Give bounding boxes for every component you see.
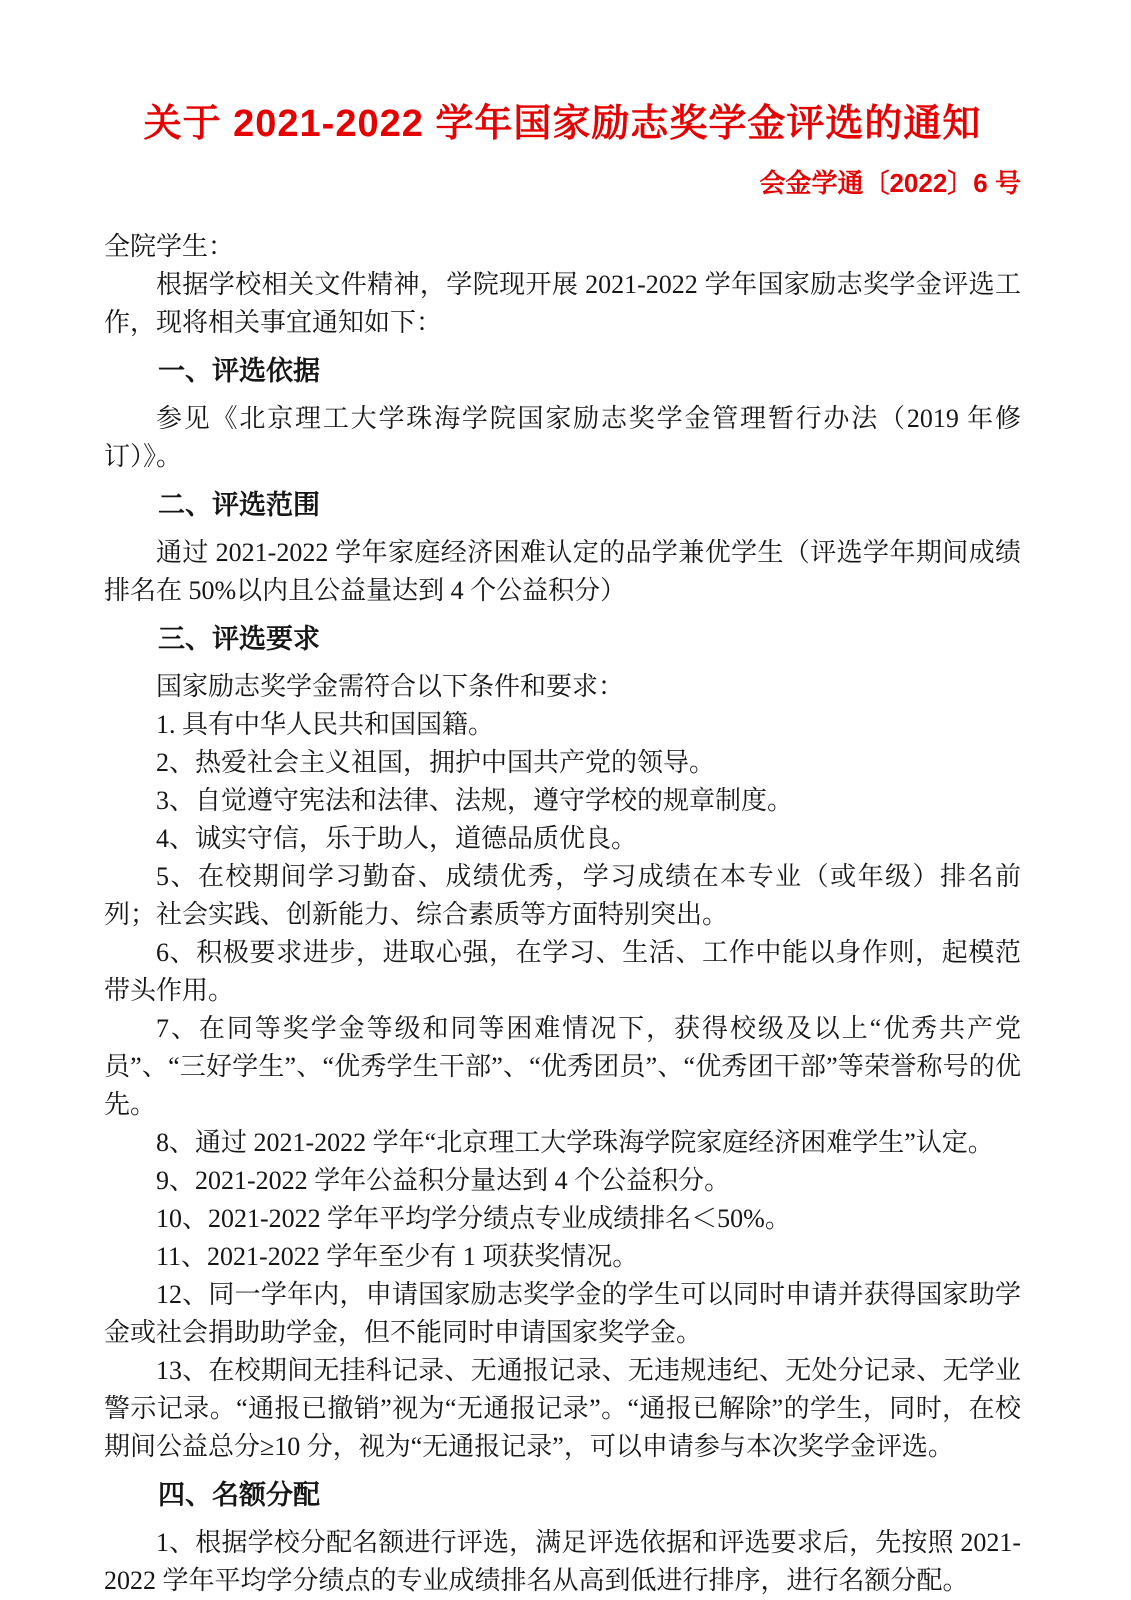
section-heading: 二、评选范围 [104, 486, 1021, 524]
paragraph: 9、2021-2022 学年公益积分量达到 4 个公益积分。 [104, 1162, 1021, 1200]
paragraph: 5、在校期间学习勤奋、成绩优秀，学习成绩在本专业（或年级）排名前列；社会实践、创… [104, 858, 1021, 934]
notice-page: 关于 2021-2022 学年国家励志奖学金评选的通知 会金学通〔2022〕6 … [0, 0, 1131, 1600]
paragraph: 11、2021-2022 学年至少有 1 项获奖情况。 [104, 1238, 1021, 1276]
paragraph: 2、热爱社会主义祖国，拥护中国共产党的领导。 [104, 744, 1021, 782]
paragraph: 10、2021-2022 学年平均学分绩点专业成绩排名＜50%。 [104, 1200, 1021, 1238]
paragraph: 7、在同等奖学金等级和同等困难情况下，获得校级及以上“优秀共产党员”、“三好学生… [104, 1010, 1021, 1124]
paragraph: 参见《北京理工大学珠海学院国家励志奖学金管理暂行办法（2019 年修订）》。 [104, 400, 1021, 476]
paragraph: 国家励志奖学金需符合以下条件和要求： [104, 668, 1021, 706]
document-number: 会金学通〔2022〕6 号 [104, 166, 1021, 200]
paragraph: 13、在校期间无挂科记录、无通报记录、无违规违纪、无处分记录、无学业警示记录。“… [104, 1352, 1021, 1466]
document-title: 关于 2021-2022 学年国家励志奖学金评选的通知 [104, 100, 1021, 148]
paragraph: 3、自觉遵守宪法和法律、法规，遵守学校的规章制度。 [104, 782, 1021, 820]
salutation: 全院学生： [104, 228, 1021, 266]
paragraph: 8、通过 2021-2022 学年“北京理工大学珠海学院家庭经济困难学生”认定。 [104, 1124, 1021, 1162]
section-heading: 一、评选依据 [104, 352, 1021, 390]
paragraph: 1、根据学校分配名额进行评选，满足评选依据和评选要求后，先按照 2021-202… [104, 1524, 1021, 1600]
paragraph: 通过 2021-2022 学年家庭经济困难认定的品学兼优学生（评选学年期间成绩排… [104, 534, 1021, 610]
section-heading: 四、名额分配 [104, 1476, 1021, 1514]
paragraph: 4、诚实守信，乐于助人，道德品质优良。 [104, 820, 1021, 858]
paragraph: 6、积极要求进步，进取心强，在学习、生活、工作中能以身作则，起模范带头作用。 [104, 934, 1021, 1010]
paragraph: 1. 具有中华人民共和国国籍。 [104, 706, 1021, 744]
paragraph: 根据学校相关文件精神，学院现开展 2021-2022 学年国家励志奖学金评选工作… [104, 266, 1021, 342]
section-heading: 三、评选要求 [104, 620, 1021, 658]
document-body: 全院学生：根据学校相关文件精神，学院现开展 2021-2022 学年国家励志奖学… [104, 228, 1021, 1600]
paragraph: 12、同一学年内，申请国家励志奖学金的学生可以同时申请并获得国家助学金或社会捐助… [104, 1276, 1021, 1352]
